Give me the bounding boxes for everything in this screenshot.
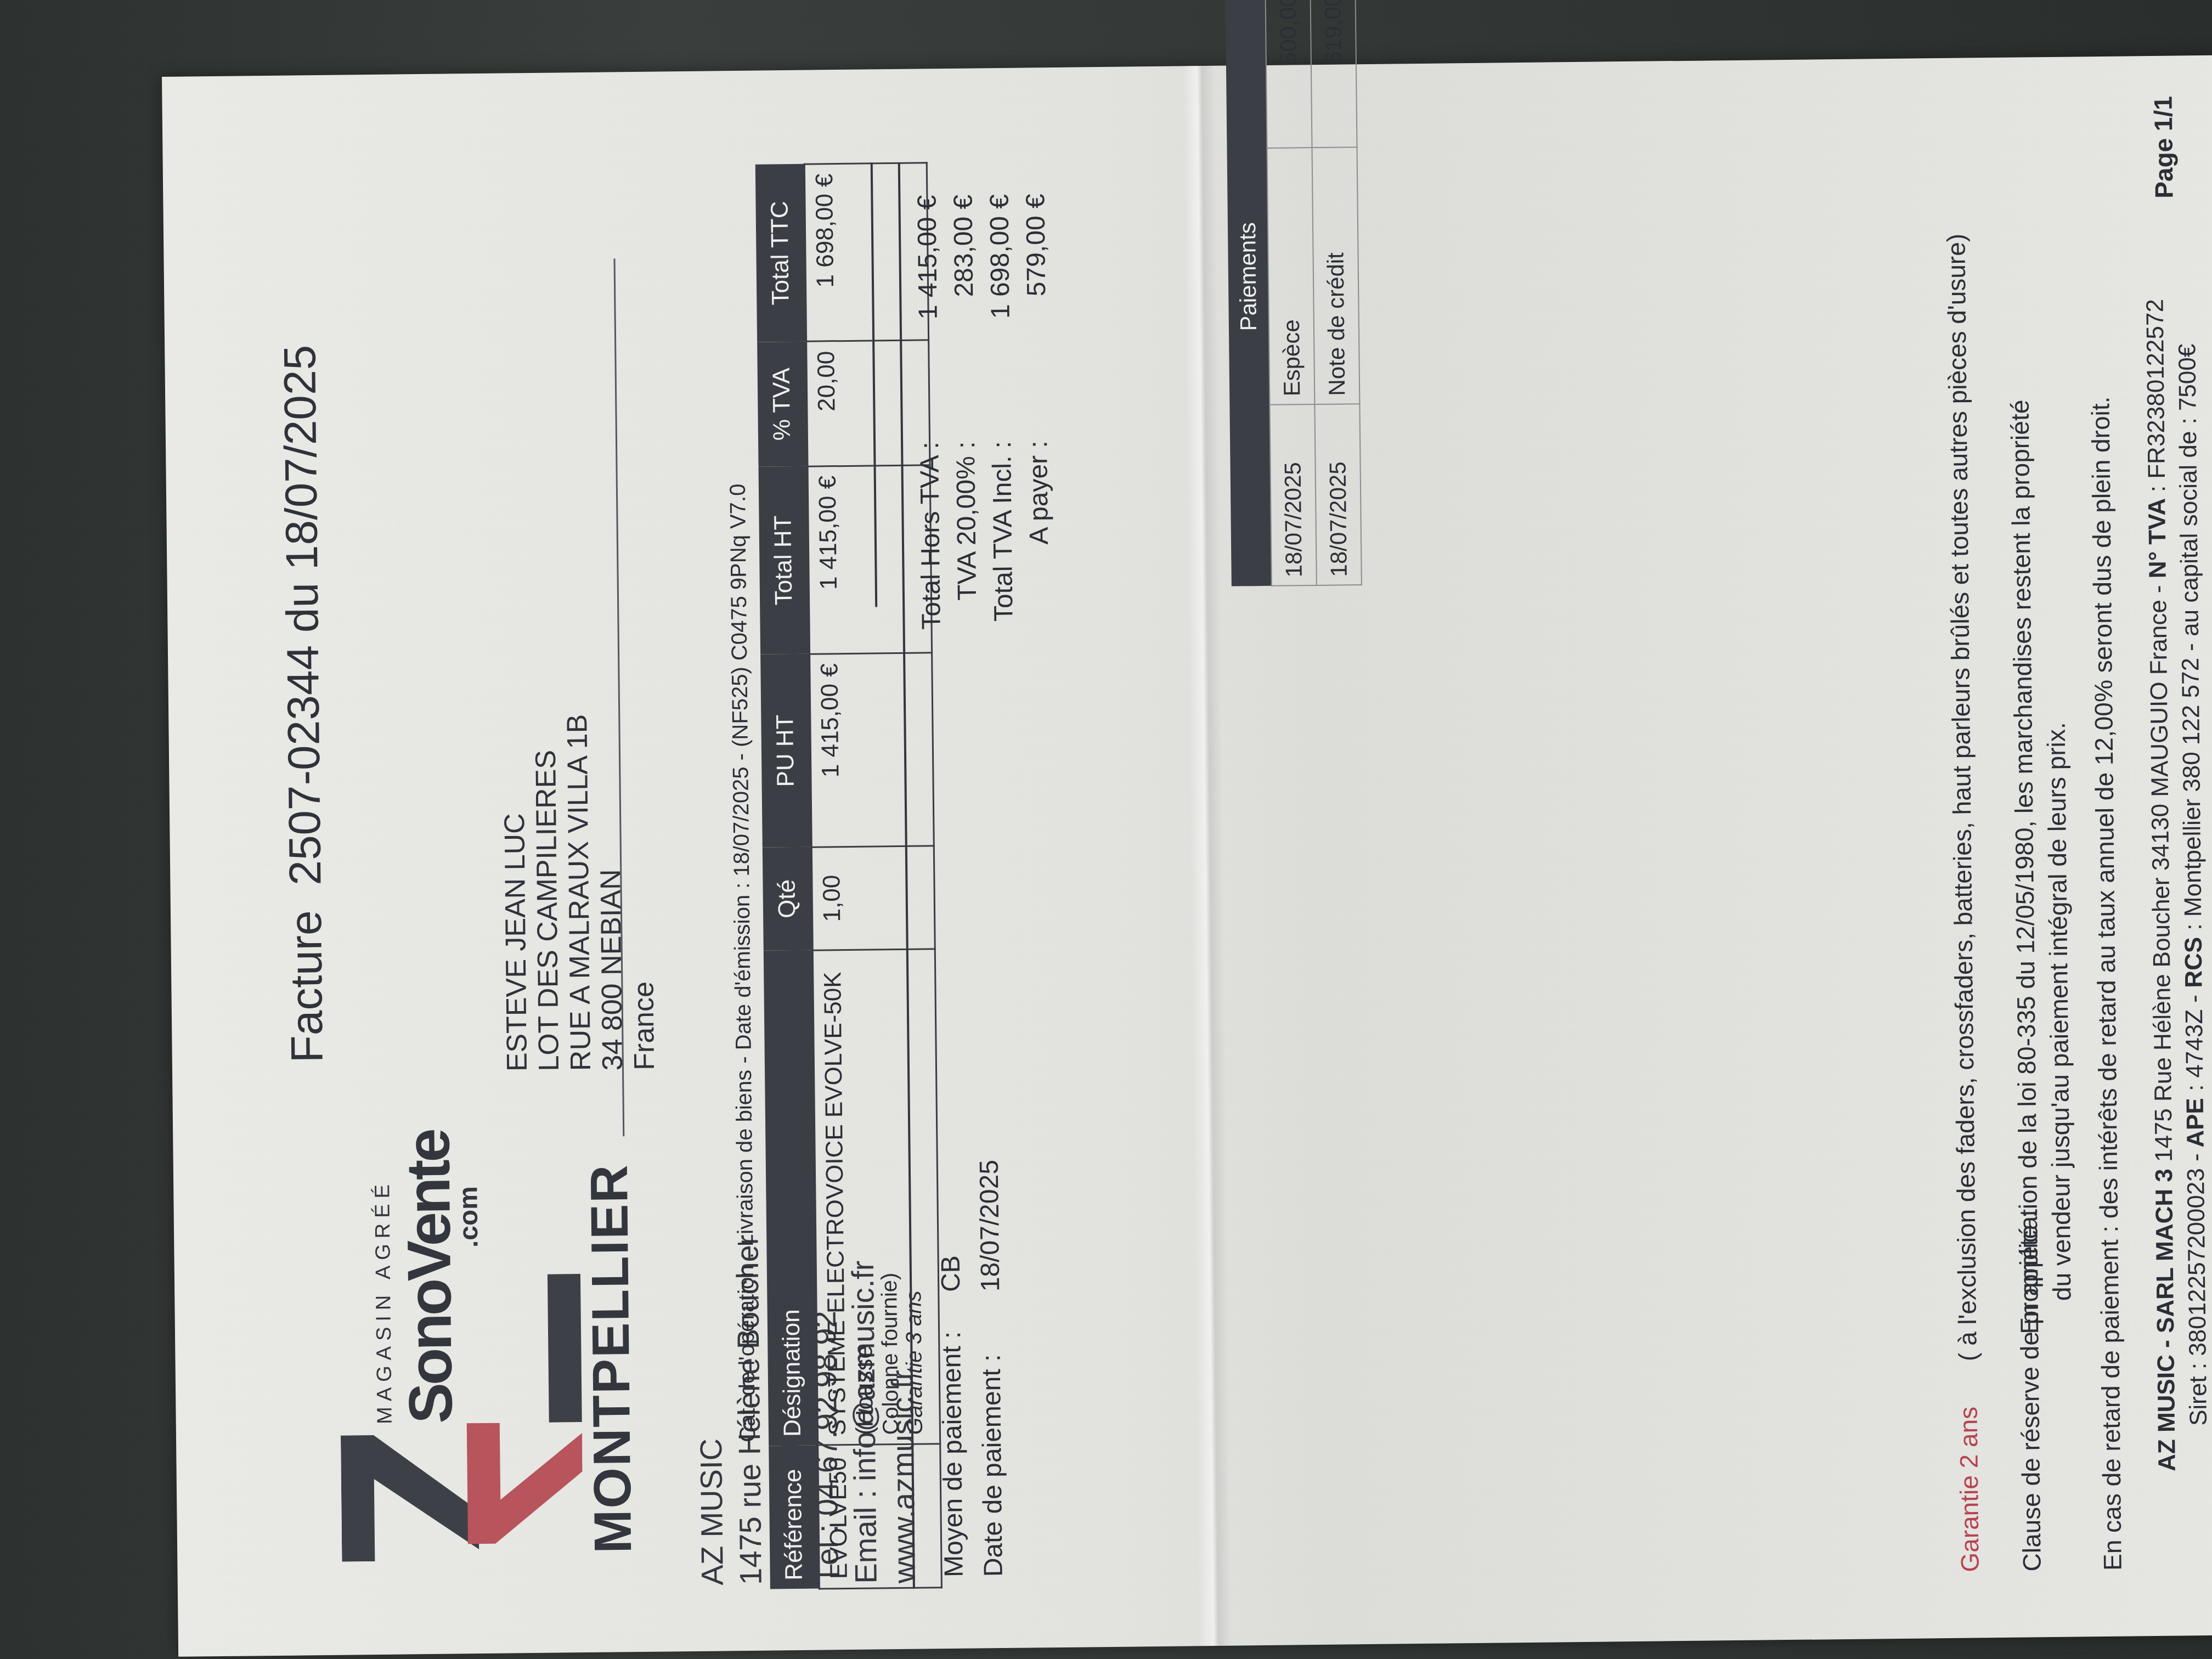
payment-type: Note de crédit — [1312, 147, 1359, 404]
payment-method-label: Moyen de paiement : — [932, 1292, 974, 1578]
col-total-ht: Total HT — [759, 466, 810, 654]
company-name: AZ MUSIC - SARL MACH 3 — [2151, 1169, 2181, 1471]
table-row: 18/07/2025 Note de crédit 619,00 € — [1310, 0, 1362, 585]
payment-type: Espèce — [1267, 148, 1314, 405]
warranty-note: Garantie 2 ans ( à l'exclusion des fader… — [1941, 234, 1985, 1572]
warranty-label: Garantie 2 ans — [1954, 1407, 1984, 1572]
to-pay-label: A payer : — [1020, 441, 1059, 688]
to-pay-row: A payer : 579,00 € — [1018, 194, 1059, 688]
ape-label: APE — [2182, 1098, 2209, 1148]
payment-date: 18/07/2025 — [1269, 404, 1316, 586]
vat-label: TVA 20,00% : — [948, 441, 987, 689]
payment-date-value: 18/07/2025 — [970, 1160, 1011, 1292]
clause-label: Clause de réserve de propriété : — [2013, 1341, 2048, 1572]
totals-block: Total Hors TVA : 1 415,00 € TVA 20,00% :… — [909, 194, 1059, 689]
invoice-title: Facture 2507-02344 du 18/07/2025 — [274, 345, 334, 1063]
col-vat-pct: % TVA — [757, 342, 808, 467]
late-payment-note: En cas de retard de paiement : des intér… — [2085, 396, 2127, 1571]
total-ttc-row: Total TVA Incl. : 1 698,00 € — [981, 194, 1023, 689]
rcs-label: RCS — [2180, 937, 2208, 988]
vat-number: : FR32380122572 — [2141, 299, 2170, 493]
retention-clause: Clause de réserve de propriété : En appl… — [2003, 399, 2081, 1572]
ape-code: : 4743Z - — [2181, 995, 2209, 1092]
customer-line: LOT DES CAMPILIERES — [529, 714, 565, 1071]
payments-table: Paiements 18/07/2025 Espèce 500,00 € 18/… — [1225, 0, 1362, 587]
table-row: 18/07/2025 Espèce 500,00 € — [1265, 0, 1317, 586]
cell-reference: EVOLVE50 — [818, 1444, 942, 1589]
company-legal-info: AZ MUSIC - SARL MACH 3 1475 Rue Hélène B… — [2139, 298, 2212, 1471]
col-qty: Qté — [763, 847, 812, 951]
customer-address: ESTEVE JEAN LUC LOT DES CAMPILIERES RUE … — [498, 713, 661, 1071]
warranty-text: ( à l'exclusion des faders, crossfaders,… — [1942, 234, 1982, 1362]
seller-name: AZ MUSIC — [690, 1235, 732, 1585]
col-total-ttc: Total TTC — [755, 164, 806, 342]
vat-value: 283,00 € — [945, 194, 984, 414]
rcs-capital: : Montpellier 380 122 572 - au capital s… — [2174, 343, 2207, 930]
total-ht-value: 1 415,00 € — [909, 195, 947, 415]
customer-line: ESTEVE JEAN LUC — [498, 715, 533, 1072]
vat-row: TVA 20,00% : 283,00 € — [945, 194, 986, 689]
logo-city: MONTPELLIER — [579, 1164, 644, 1554]
payment-amount: 619,00 € — [1310, 0, 1357, 148]
company-address: 1475 Rue Hélène Boucher 34130 MAUGUIO Fr… — [2145, 585, 2177, 1162]
col-reference: Référence — [769, 1445, 819, 1589]
col-designation: Désignation — [764, 950, 818, 1446]
siret: Siret : 38012257200023 - — [2182, 1153, 2212, 1426]
logo-bar — [548, 1274, 582, 1423]
payment-date: 18/07/2025 — [1314, 404, 1361, 585]
total-ttc-value: 1 698,00 € — [981, 194, 1020, 414]
az-logo-mark-icon — [341, 1417, 584, 1562]
paper-fold-crease — [1182, 66, 1232, 1646]
cell-designation: SYSTEME ELECTROVOICE EVOLVE-50K (Housse … — [812, 949, 940, 1446]
page-number: Page 1/1 — [2148, 96, 2179, 199]
logo-brand-suffix: .com — [453, 1186, 484, 1248]
customer-line: 34 800 NEBIAN — [593, 714, 629, 1071]
payments-title: Paiements — [1225, 0, 1272, 586]
cell-qty: 1,00 — [811, 845, 935, 950]
to-pay-value: 579,00 € — [1018, 194, 1056, 414]
logo-brand: SonoVente — [392, 1131, 466, 1424]
total-ttc-label: Total TVA Incl. : — [984, 441, 1023, 689]
payment-method-value: CB — [932, 1255, 972, 1292]
payment-info: Moyen de paiement : CB Date de paiement … — [930, 1160, 1014, 1578]
payment-amount: 500,00 € — [1265, 0, 1312, 148]
store-logo: MAGASIN AGRÉÉ SonoVente .com MONTPELLIER — [338, 1164, 650, 1562]
col-unit-price: PU HT — [760, 654, 811, 848]
payment-date-label: Date de paiement : — [971, 1291, 1013, 1577]
designation-main: SYSTEME ELECTROVOICE EVOLVE-50K (Housse — [819, 972, 878, 1436]
customer-line: France — [625, 713, 661, 1070]
total-ht-row: Total Hors TVA : 1 415,00 € — [909, 195, 950, 689]
total-ht-label: Total Hors TVA : — [912, 442, 951, 689]
invoice-paper: MAGASIN AGRÉÉ SonoVente .com MONTPELLIER… — [162, 55, 2212, 1657]
vat-number-label: N° TVA — [2143, 499, 2171, 578]
customer-line: RUE A MALRAUX VILLA 1B — [561, 714, 597, 1071]
